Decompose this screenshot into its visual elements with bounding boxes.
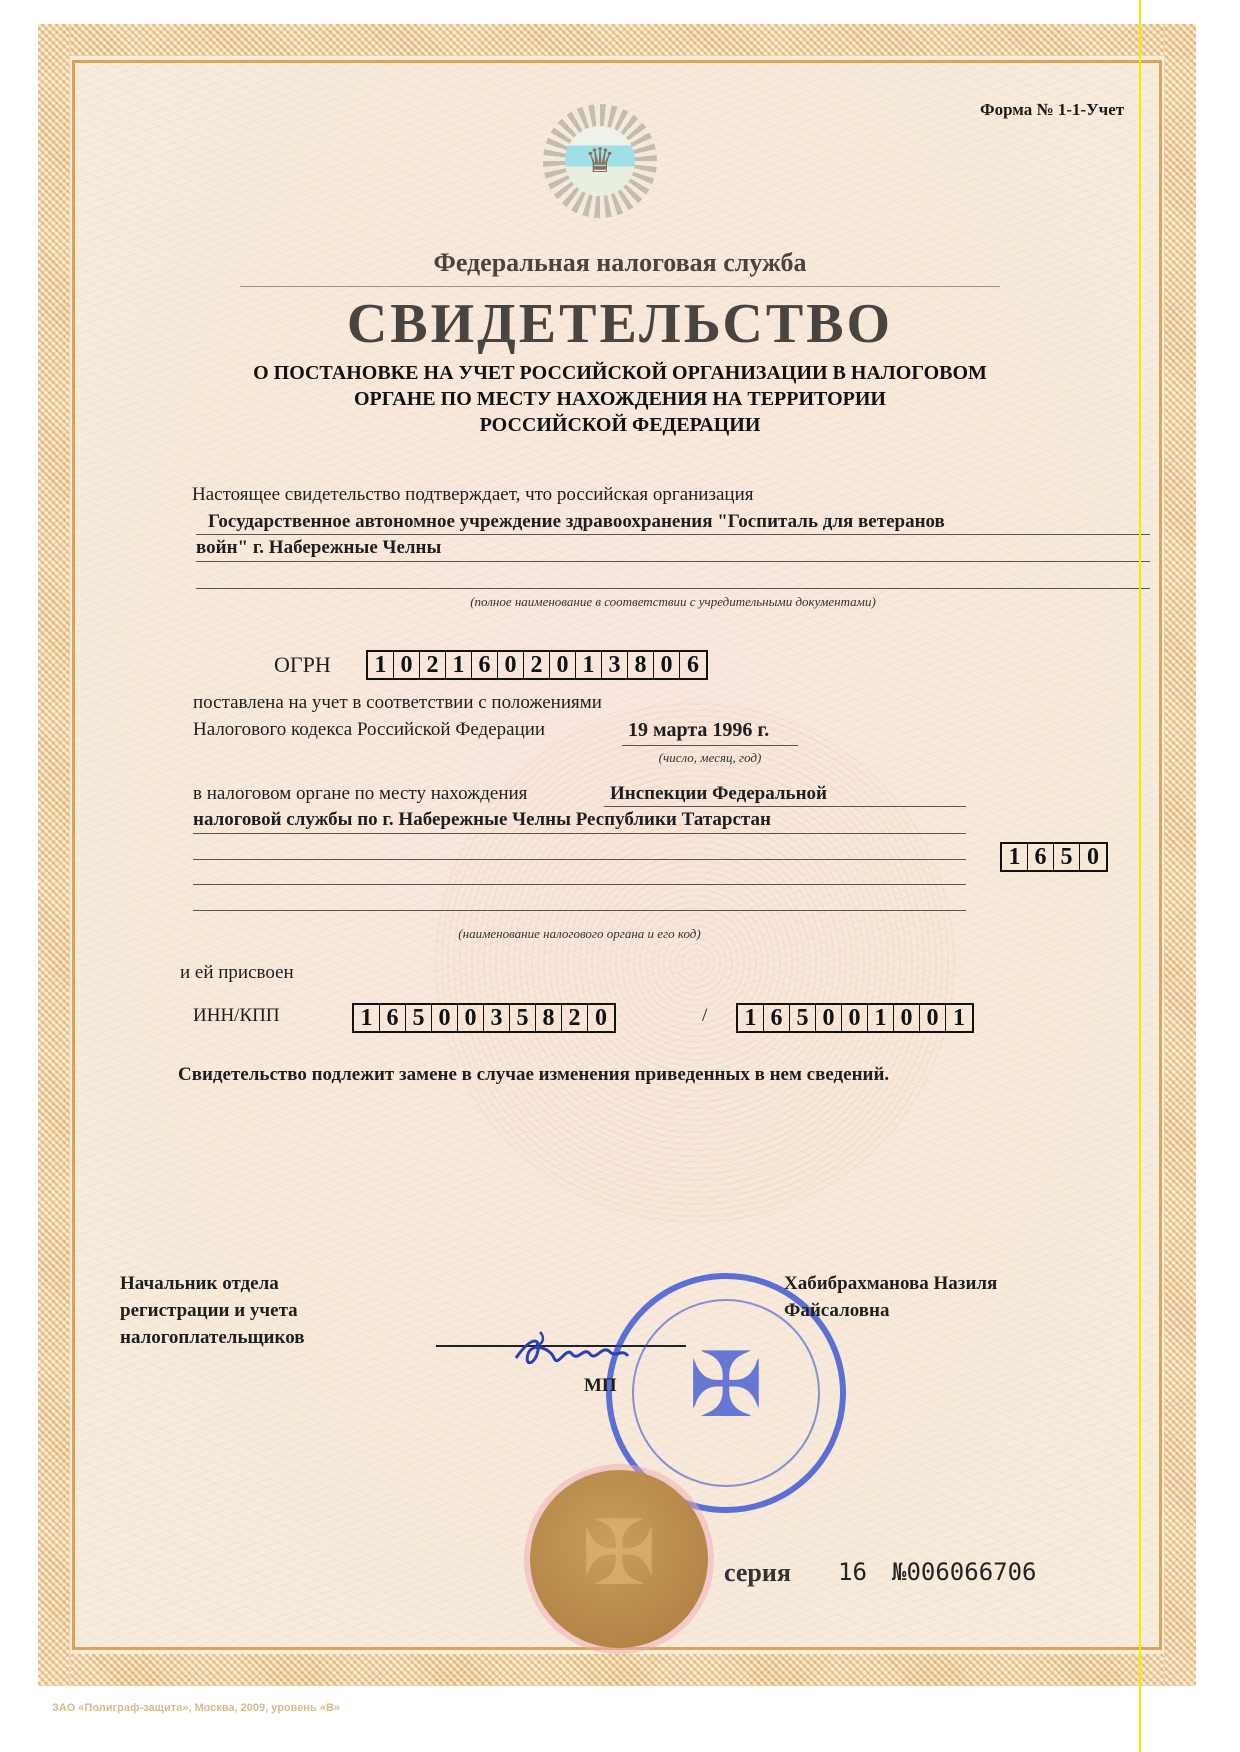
series-number: 16 xyxy=(838,1558,867,1586)
kpp-digit: 0 xyxy=(894,1005,920,1031)
agency-name: Федеральная налоговая служба xyxy=(0,248,1240,278)
registration-date: 19 марта 1996 г. xyxy=(628,719,769,742)
ogrn-digit: 2 xyxy=(420,652,446,678)
inn-digit: 1 xyxy=(354,1005,380,1031)
signatory-name: Хабибрахманова Назиля Файсаловна xyxy=(784,1270,997,1324)
ogrn-digit: 1 xyxy=(576,652,602,678)
registration-line-2: Налогового кодекса Российской Федерации xyxy=(193,719,545,741)
scan-artifact-line xyxy=(1139,0,1141,1752)
org-name-caption: (полное наименование в соответствии с уч… xyxy=(196,594,1150,610)
kpp-digit: 0 xyxy=(816,1005,842,1031)
tax-authority-rule-2 xyxy=(193,833,966,834)
ogrn-digit: 0 xyxy=(550,652,576,678)
ogrn-digit: 6 xyxy=(472,652,498,678)
tax-authority-rule-3 xyxy=(193,859,966,860)
date-caption: (число, месяц, год) xyxy=(622,750,798,766)
ogrn-digit: 0 xyxy=(394,652,420,678)
inn-digit: 2 xyxy=(562,1005,588,1031)
registration-line-1: поставлена на учет в соответствии с поло… xyxy=(193,692,602,714)
tax-authority-caption: (наименование налогового органа и его ко… xyxy=(193,926,966,942)
inn-cells: 1650035820 xyxy=(352,1003,616,1033)
ogrn-digit: 0 xyxy=(498,652,524,678)
ogrn-digit: 2 xyxy=(524,652,550,678)
date-rule xyxy=(622,745,798,746)
inn-kpp-separator: / xyxy=(702,1005,707,1027)
series-label: серия xyxy=(724,1558,791,1588)
kpp-digit: 1 xyxy=(946,1005,972,1031)
kpp-digit: 5 xyxy=(790,1005,816,1031)
inn-digit: 5 xyxy=(510,1005,536,1031)
ogrn-cells: 1021602013806 xyxy=(366,650,708,680)
signatory-position: Начальник отдела регистрации и учета нал… xyxy=(120,1270,305,1351)
seal-eagle-icon: ✠ xyxy=(530,1500,708,1610)
intro-text: Настоящее свидетельство подтверждает, чт… xyxy=(192,484,753,506)
org-name-line-1: Государственное автономное учреждение зд… xyxy=(208,511,945,533)
kpp-digit: 6 xyxy=(764,1005,790,1031)
agency-divider xyxy=(240,286,1000,287)
replacement-notice: Свидетельство подлежит замене в случае и… xyxy=(178,1064,889,1086)
inn-digit: 5 xyxy=(406,1005,432,1031)
tax-authority-code-cells: 1650 xyxy=(1000,842,1108,872)
ogrn-digit: 1 xyxy=(446,652,472,678)
org-name-rule-1 xyxy=(196,534,1150,535)
kpp-digit: 1 xyxy=(738,1005,764,1031)
tax-authority-rule-5 xyxy=(193,910,966,911)
document-subtitle: О ПОСТАНОВКЕ НА УЧЕТ РОССИЙСКОЙ ОРГАНИЗА… xyxy=(0,360,1240,438)
document-number: №006066706 xyxy=(892,1558,1037,1586)
ogrn-label: ОГРН xyxy=(274,652,331,678)
printer-imprint: ЗАО «Полиграф-защита», Москва, 2009, уро… xyxy=(52,1702,340,1714)
tax-code-digit: 6 xyxy=(1028,844,1054,870)
org-name-line-2: войн" г. Набережные Челны xyxy=(196,537,441,559)
assigned-text: и ей присвоен xyxy=(180,962,294,984)
document-title: СВИДЕТЕЛЬСТВО xyxy=(0,292,1240,356)
gold-seal-icon: ✠ xyxy=(530,1470,708,1648)
inn-kpp-label: ИНН/КПП xyxy=(193,1005,280,1027)
kpp-digit: 0 xyxy=(842,1005,868,1031)
ogrn-digit: 3 xyxy=(602,652,628,678)
tax-authority-name-2: налоговой службы по г. Набережные Челны … xyxy=(193,809,771,831)
ogrn-digit: 1 xyxy=(368,652,394,678)
form-number: Форма № 1-1-Учет xyxy=(980,100,1124,120)
ogrn-digit: 8 xyxy=(628,652,654,678)
tax-code-digit: 5 xyxy=(1054,844,1080,870)
tax-authority-name-1: Инспекции Федеральной xyxy=(610,783,827,805)
inn-digit: 3 xyxy=(484,1005,510,1031)
inn-digit: 0 xyxy=(588,1005,614,1031)
inn-digit: 6 xyxy=(380,1005,406,1031)
tax-code-digit: 0 xyxy=(1080,844,1106,870)
tax-authority-prefix: в налоговом органе по месту нахождения xyxy=(193,783,527,805)
signature-icon xyxy=(510,1328,650,1378)
stamp-place-label: МП xyxy=(584,1375,617,1397)
kpp-cells: 165001001 xyxy=(736,1003,974,1033)
ogrn-digit: 6 xyxy=(680,652,706,678)
inn-digit: 8 xyxy=(536,1005,562,1031)
inn-digit: 0 xyxy=(458,1005,484,1031)
ogrn-digit: 0 xyxy=(654,652,680,678)
kpp-digit: 1 xyxy=(868,1005,894,1031)
org-name-rule-2 xyxy=(196,561,1150,562)
inn-digit: 0 xyxy=(432,1005,458,1031)
kpp-digit: 0 xyxy=(920,1005,946,1031)
org-name-rule-3 xyxy=(196,588,1150,589)
hologram-icon: ♛ xyxy=(543,104,657,218)
coat-of-arms-icon: ♛ xyxy=(565,126,635,196)
tax-authority-rule-1 xyxy=(604,806,966,807)
tax-code-digit: 1 xyxy=(1002,844,1028,870)
tax-authority-rule-4 xyxy=(193,884,966,885)
